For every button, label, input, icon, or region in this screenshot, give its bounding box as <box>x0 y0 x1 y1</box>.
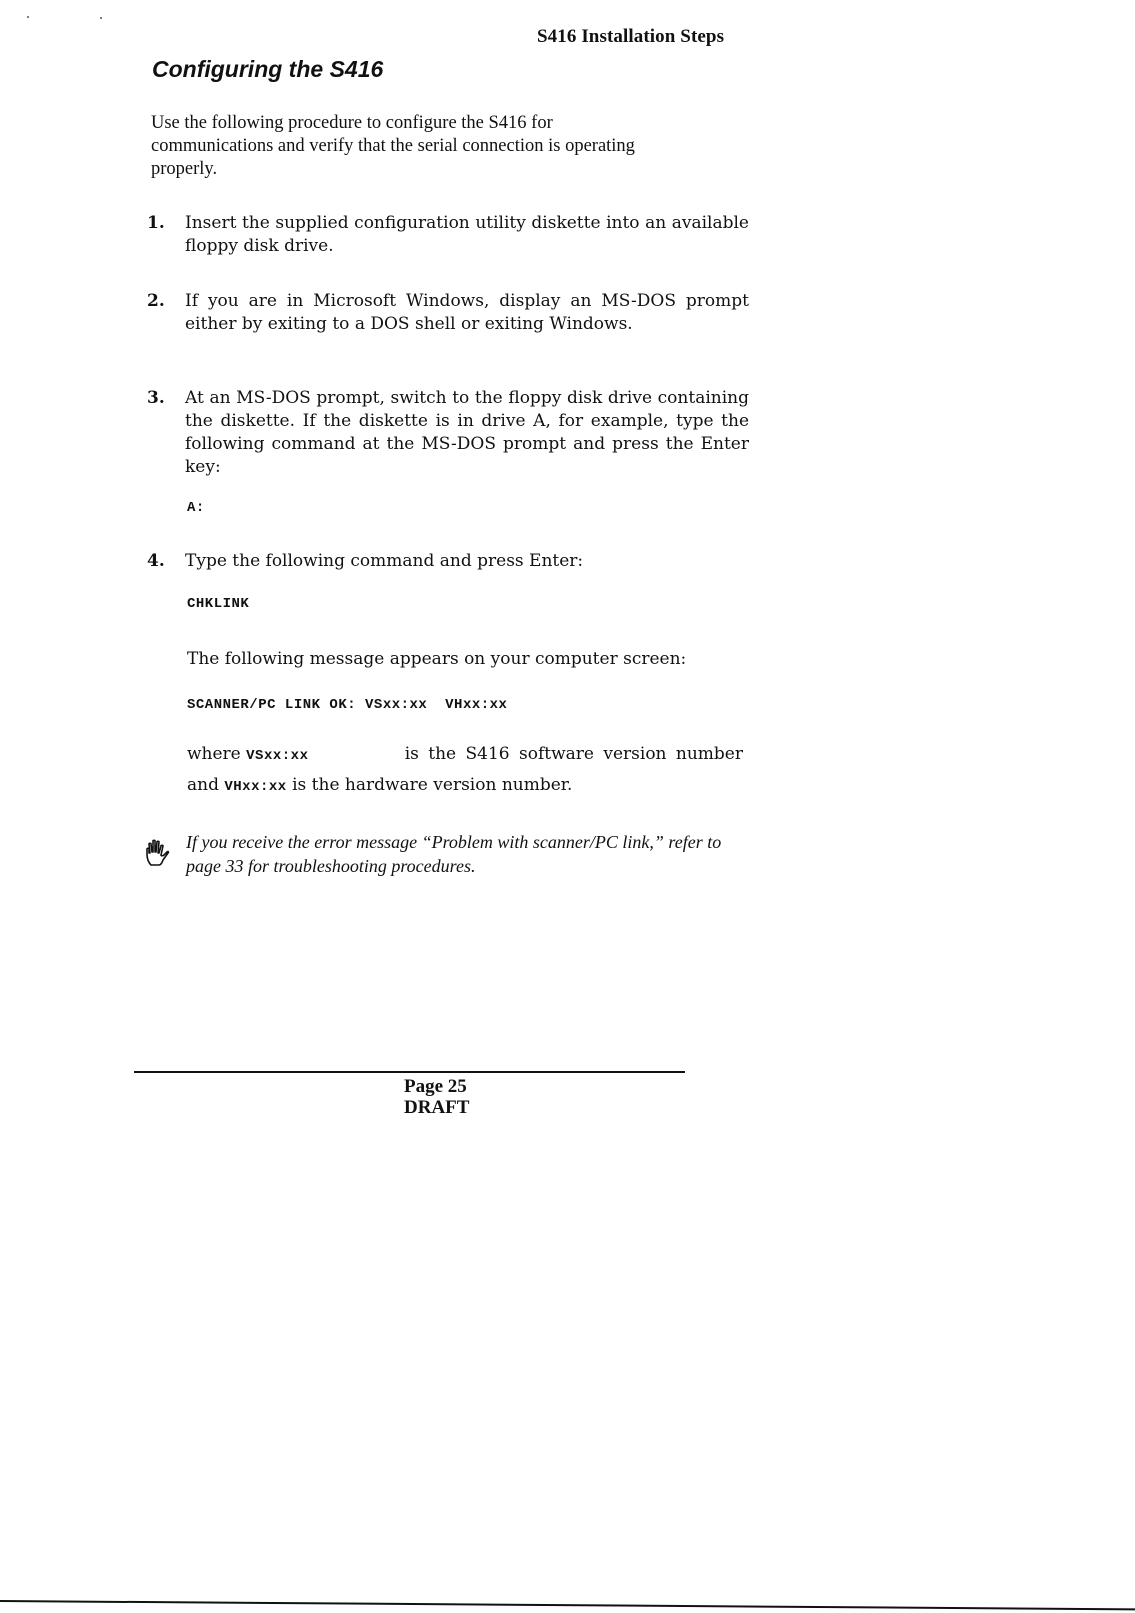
step-text: At an MS-DOS prompt, switch to the flopp… <box>185 387 749 479</box>
version-explanation-line-2: and VHxx:xx is the hardware version numb… <box>187 771 743 802</box>
version-explanation-line-1: where VSxx:xx is the S416 software versi… <box>187 740 743 771</box>
explanation-line-1-left: where VSxx:xx <box>187 740 308 771</box>
page-footer: Page 25 DRAFT <box>404 1076 469 1118</box>
version-explanation: where VSxx:xx is the S416 software versi… <box>187 740 743 802</box>
running-header: S416 Installation Steps <box>537 26 724 48</box>
scan-speck <box>100 17 102 19</box>
step-number: 1. <box>147 212 165 235</box>
intro-paragraph: Use the following procedure to configure… <box>151 112 671 181</box>
step-number: 2. <box>147 290 165 313</box>
draft-label: DRAFT <box>404 1097 469 1118</box>
step-3: 3. At an MS-DOS prompt, switch to the fl… <box>147 387 749 479</box>
troubleshooting-note: If you receive the error message “Proble… <box>186 830 726 878</box>
hardware-version-text: is the hardware version number. <box>292 775 572 795</box>
explanation-joiner: and <box>187 775 219 795</box>
hardware-version-code: VHxx:xx <box>224 779 286 795</box>
page-number: Page 25 <box>404 1076 469 1097</box>
step-number: 3. <box>147 387 165 410</box>
software-version-code: VSxx:xx <box>246 748 308 764</box>
hand-icon <box>142 838 172 868</box>
scan-edge-line <box>0 1600 1135 1610</box>
command-chklink: CHKLINK <box>187 596 249 612</box>
step-text: Type the following command and press Ent… <box>185 550 749 573</box>
step-4: 4. Type the following command and press … <box>147 550 749 573</box>
scan-speck <box>27 16 29 18</box>
step-text: Insert the supplied configuration utilit… <box>185 212 749 258</box>
message-intro: The following message appears on your co… <box>187 645 743 674</box>
software-version-text: is the S416 software version number <box>405 740 743 771</box>
explanation-prefix: where <box>187 744 241 764</box>
step-2: 2. If you are in Microsoft Windows, disp… <box>147 290 749 336</box>
footer-rule <box>134 1071 685 1073</box>
step-1: 1. Insert the supplied configuration uti… <box>147 212 749 258</box>
link-ok-message: SCANNER/PC LINK OK: VSxx:xx VHxx:xx <box>187 697 507 713</box>
step-text: If you are in Microsoft Windows, display… <box>185 290 749 336</box>
page-title: Configuring the S416 <box>152 56 383 83</box>
step-number: 4. <box>147 550 165 573</box>
command-drive-a: A: <box>187 500 205 516</box>
